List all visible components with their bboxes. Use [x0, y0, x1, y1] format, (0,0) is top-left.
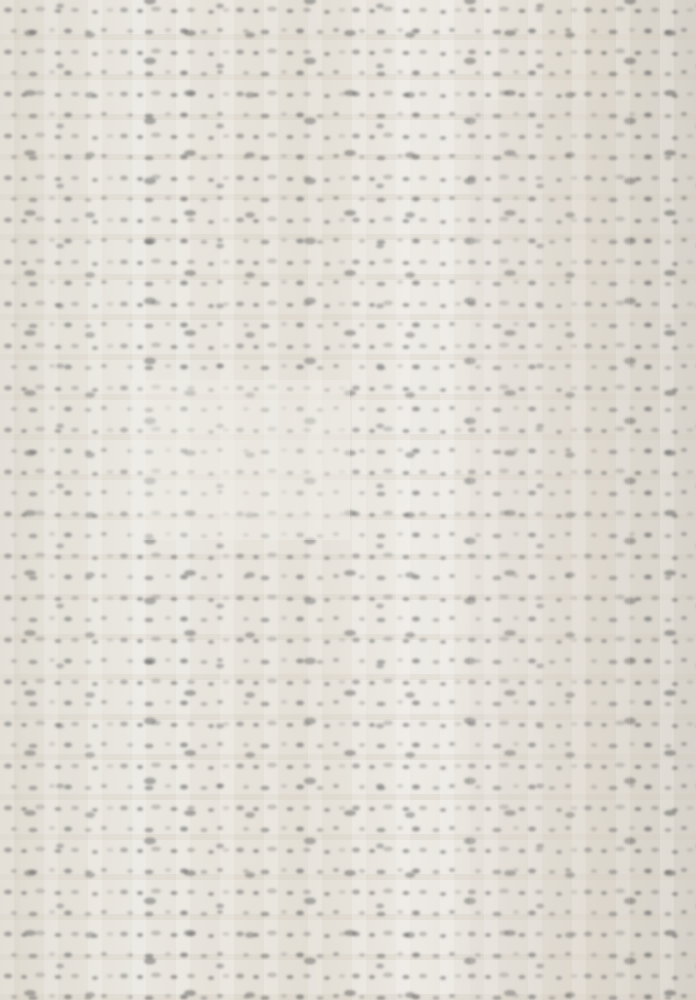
rug-speckle-pattern — [0, 0, 696, 1000]
rug-texture — [0, 0, 696, 1000]
